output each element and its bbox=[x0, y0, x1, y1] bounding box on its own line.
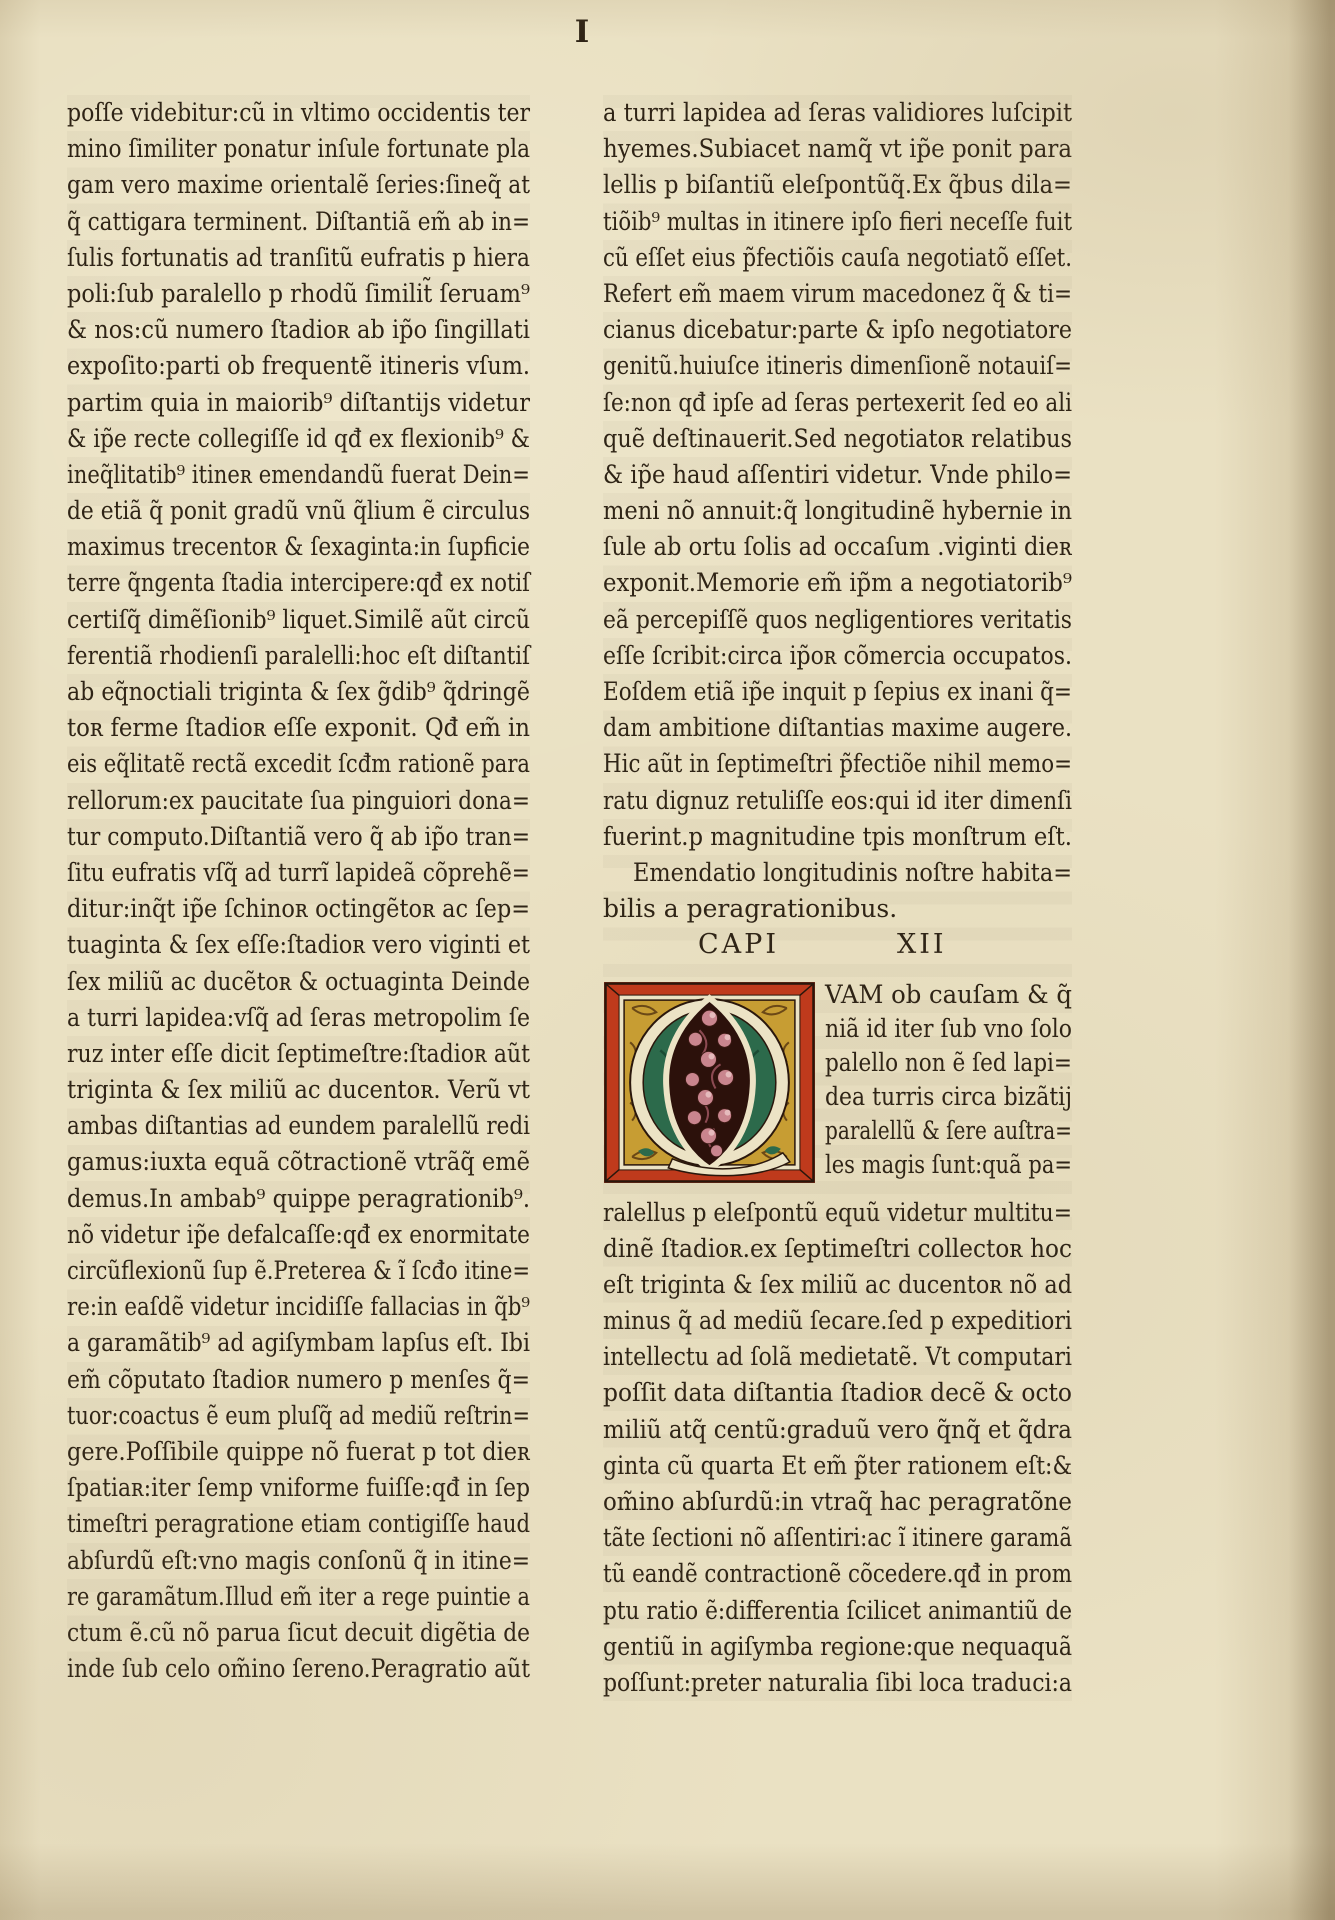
text-line: hyemes.Subiacet namq̃ vt ip̃e ponit para bbox=[603, 131, 1072, 167]
text-line: re garamãtum.Illud em̃ iter a rege puint… bbox=[67, 1579, 530, 1615]
illuminated-initial-q-icon bbox=[604, 982, 815, 1183]
right-column-lower-text: ralellus p eleſpontũ equũ videtur multit… bbox=[603, 1195, 1072, 1702]
text-line: ſe:non qđ ipſe ad ſeras pertexerit ſed e… bbox=[603, 385, 1072, 421]
text-line: miliũ atq̃ centũ:graduũ vero q̃nq̃ et q̃… bbox=[603, 1412, 1072, 1448]
text-line: gam vero maxime orientalẽ ſeries:ſineq̃ … bbox=[67, 167, 530, 203]
right-text-column: a turri lapidea ad ſeras validiores luſc… bbox=[603, 95, 1072, 1701]
text-line: abſurdũ eſt:vno magis conſonũ q̃ in itin… bbox=[67, 1543, 530, 1579]
right-column-upper-text: a turri lapidea ad ſeras validiores luſc… bbox=[603, 95, 1072, 855]
text-line: partim quia in maiorib⁹ diſtantijs videt… bbox=[67, 385, 530, 421]
section-heading-line: bilis a peragrationibus. bbox=[603, 891, 1072, 927]
text-line: ſulis fortunatis ad tranſitũ eufratis p … bbox=[67, 240, 530, 276]
text-line: dam ambitione diſtantias maxime augere. bbox=[603, 710, 1072, 746]
text-line: quẽ deſtinauerit.Sed negotiatoʀ relatibu… bbox=[603, 421, 1072, 457]
text-line: demus.In ambab⁹ quippe peragrationib⁹. bbox=[67, 1181, 530, 1217]
text-line: intellectu ad ſolã medietatẽ. Vt computa… bbox=[603, 1339, 1072, 1375]
text-line: les magis ſunt:quã pa= bbox=[825, 1148, 1072, 1182]
text-line: Hic aũt in ſeptimeſtri p̃fectiõe nihil m… bbox=[603, 746, 1072, 782]
text-line: eis eq̃litatẽ rectã excedit ſcđm rationẽ… bbox=[67, 746, 530, 782]
text-line: dinẽ ſtadioʀ.ex ſeptimeſtri collectoʀ ho… bbox=[603, 1231, 1072, 1267]
text-line: ruz inter eſſe dicit ſeptimeſtre:ſtadioʀ… bbox=[67, 1036, 530, 1072]
text-line: gentiũ in agiſymba regione:que nequaquã bbox=[603, 1629, 1072, 1665]
text-line: poſſit data diſtantia ſtadioʀ decẽ & oct… bbox=[603, 1375, 1072, 1411]
text-line: tuaginta & ſex eſſe:ſtadioʀ vero viginti… bbox=[67, 927, 530, 963]
text-line: ratu dignuz retuliſſe eos:qui id iter di… bbox=[603, 783, 1072, 819]
text-line: ferentiã rhodienſi paralelli:hoc eſt diſ… bbox=[67, 638, 530, 674]
text-line: cũ eſſet eius p̃fectiõis cauſa negotiatõ… bbox=[603, 240, 1072, 276]
text-line: paralellũ & ſere auſtra= bbox=[825, 1114, 1072, 1148]
text-line: a garamãtib⁹ ad agiſymbam lapſus eſt. Ib… bbox=[67, 1325, 530, 1361]
text-line: circũflexionũ ſup ẽ.Preterea & ĩ ſcđo it… bbox=[67, 1253, 530, 1289]
text-line: ralellus p eleſpontũ equũ videtur multit… bbox=[603, 1195, 1072, 1231]
text-line: tuor:coactus ẽ eum pluſq̃ ad mediũ reſtr… bbox=[67, 1398, 530, 1434]
text-line: a turri lapidea:vſq̃ ad ſeras metropolim… bbox=[67, 1000, 530, 1036]
text-line: toʀ ferme ſtadioʀ eſſe exponit. Qđ em̃ i… bbox=[67, 710, 530, 746]
text-line: gamus:iuxta equã cõtractionẽ vtrãq̃ emẽ bbox=[67, 1144, 530, 1180]
page-number: I bbox=[540, 14, 624, 50]
chapter-heading: CAPI XII bbox=[603, 927, 1072, 963]
text-line: re:in eaſdẽ videtur incidiſſe fallacias … bbox=[67, 1289, 530, 1325]
text-line: ſex miliũ ac ducẽtoʀ & octuaginta Deinde bbox=[67, 964, 530, 1000]
incunabula-book-page: I poſſe videbitur:cũ in vltimo occidenti… bbox=[0, 0, 1335, 1920]
text-line: eſſe ſcribit:circa ip̃oʀ cõmercia occupa… bbox=[603, 638, 1072, 674]
text-line: certiſq̃ dimẽſionib⁹ liquet.Similẽ aũt c… bbox=[67, 602, 530, 638]
text-line: gere.Poſſibile quippe nõ fuerat p tot di… bbox=[67, 1434, 530, 1470]
text-line: Eoſdem etiã ip̃e inquit p ſepius ex inan… bbox=[603, 674, 1072, 710]
text-line: timeſtri peragratione etiam contigiſſe h… bbox=[67, 1506, 530, 1542]
text-line: tũ eandẽ contractionẽ cõcedere.qđ in pro… bbox=[603, 1556, 1072, 1592]
text-line: fuerint.p magnitudine tpis monſtrum eſt. bbox=[603, 819, 1072, 855]
text-line: exponit.Memorie em̃ ip̃m a negotiatorib⁹ bbox=[603, 565, 1072, 601]
text-line: VAM ob cauſam & q̃ bbox=[825, 978, 1072, 1012]
text-line: dea turris circa bizãtij bbox=[825, 1080, 1072, 1114]
left-text-column: poſſe videbitur:cũ in vltimo occidentis … bbox=[67, 95, 530, 1687]
text-line: q̃ cattigara terminent. Diſtantiã em̃ ab… bbox=[67, 204, 530, 240]
drop-cap-block: VAM ob cauſam & q̃niã id iter ſub vno ſo… bbox=[603, 964, 1072, 1195]
section-heading-line: Emendatio longitudinis noſtre habita= bbox=[603, 855, 1072, 891]
text-line: mino ſimiliter ponatur inſule fortunate … bbox=[67, 131, 530, 167]
chapter-number: XII bbox=[897, 927, 947, 963]
text-line: em̃ cõputato ſtadioʀ numero p menſes q̃= bbox=[67, 1362, 530, 1398]
text-line: Refert em̃ maem virum macedonez q̃ & ti= bbox=[603, 276, 1072, 312]
text-line: tãte ſectioni nõ aſſentiri:ac ĩ itinere … bbox=[603, 1520, 1072, 1556]
text-line: & ip̃e recte collegiſſe id qđ ex flexion… bbox=[67, 421, 530, 457]
text-line: niã id iter ſub vno ſolo bbox=[825, 1012, 1072, 1046]
text-line: inde ſub celo om̃ino ſereno.Peragratio a… bbox=[67, 1651, 530, 1687]
text-line: & nos:cũ numero ſtadioʀ ab ip̃o ſingilla… bbox=[67, 312, 530, 348]
text-line: lellis p biſantiũ eleſpontũq̃.Ex q̃bus d… bbox=[603, 167, 1072, 203]
text-line: ſule ab ortu ſolis ad occaſum .viginti d… bbox=[603, 529, 1072, 565]
text-line: & ip̃e haud aſſentiri videtur. Vnde phil… bbox=[603, 457, 1072, 493]
text-line: eã percepiſſẽ quos negligentiores verita… bbox=[603, 602, 1072, 638]
text-line: de etiã q̃ ponit gradũ vnũ q̃lium ẽ circ… bbox=[67, 493, 530, 529]
text-line: eſt triginta & ſex miliũ ac ducentoʀ nõ … bbox=[603, 1267, 1072, 1303]
text-line: genitũ.huiuſce itineris dimenſionẽ notau… bbox=[603, 348, 1072, 384]
text-line: poſſe videbitur:cũ in vltimo occidentis … bbox=[67, 95, 530, 131]
text-line: a turri lapidea ad ſeras validiores luſc… bbox=[603, 95, 1072, 131]
text-line: palello non ẽ ſed lapi= bbox=[825, 1046, 1072, 1080]
text-line: ambas diſtantias ad eundem paralellũ red… bbox=[67, 1108, 530, 1144]
text-line: tiõib⁹ multas in itinere ipſo fieri nece… bbox=[603, 204, 1072, 240]
chapter-label: CAPI bbox=[698, 927, 779, 963]
text-line: ſpatiaʀ:iter ſemp vniforme fuiſſe:qđ in … bbox=[67, 1470, 530, 1506]
text-line: terre q̃ngenta ſtadia intercipere:qđ ex … bbox=[67, 565, 530, 601]
text-line: ineq̃litatib⁹ itineʀ emendandũ fuerat De… bbox=[67, 457, 530, 493]
text-line: tur computo.Diſtantiã vero q̃ ab ip̃o tr… bbox=[67, 819, 530, 855]
text-line: cianus dicebatur:parte & ipſo negotiator… bbox=[603, 312, 1072, 348]
text-line: rellorum:ex paucitate ſua pinguiori dona… bbox=[67, 783, 530, 819]
text-line: poli:ſub paralello p rhodũ ſimilit̃ ſeru… bbox=[67, 276, 530, 312]
text-line: ab eq̃noctiali triginta & ſex g̃dib⁹ q̃d… bbox=[67, 674, 530, 710]
text-line: minus q̃ ad mediũ ſecare.ſed p expeditio… bbox=[603, 1303, 1072, 1339]
text-line: ginta cũ quarta Et em̃ p̃ter rationem eſ… bbox=[603, 1448, 1072, 1484]
text-line: ptu ratio ẽ:differentia ſcilicet animant… bbox=[603, 1593, 1072, 1629]
text-line: ditur:inq̃t ip̃e ſchinoʀ octingẽtoʀ ac ſ… bbox=[67, 891, 530, 927]
text-line: poſſunt:preter naturalia ſibi loca tradu… bbox=[603, 1665, 1072, 1701]
text-line: expoſito:parti ob frequentẽ itineris vſu… bbox=[67, 348, 530, 384]
text-line: maximus trecentoʀ & ſexaginta:in ſupfici… bbox=[67, 529, 530, 565]
text-line: om̃ino abſurdũ:in vtraq̃ hac peragratõne bbox=[603, 1484, 1072, 1520]
text-line: triginta & ſex miliũ ac ducentoʀ. Verũ v… bbox=[67, 1072, 530, 1108]
text-line: nõ videtur ip̃e defalcaſſe:qđ ex enormit… bbox=[67, 1217, 530, 1253]
text-line: ſitu eufratis vſq̃ ad turrĩ lapideã cõpr… bbox=[67, 855, 530, 891]
text-beside-initial: VAM ob cauſam & q̃niã id iter ſub vno ſo… bbox=[825, 978, 1072, 1182]
text-line: ctum ẽ.cũ nõ parua ſicut decuit digẽtia … bbox=[67, 1615, 530, 1651]
text-line: meni nõ annuit:q̃ longitudinẽ hybernie i… bbox=[603, 493, 1072, 529]
